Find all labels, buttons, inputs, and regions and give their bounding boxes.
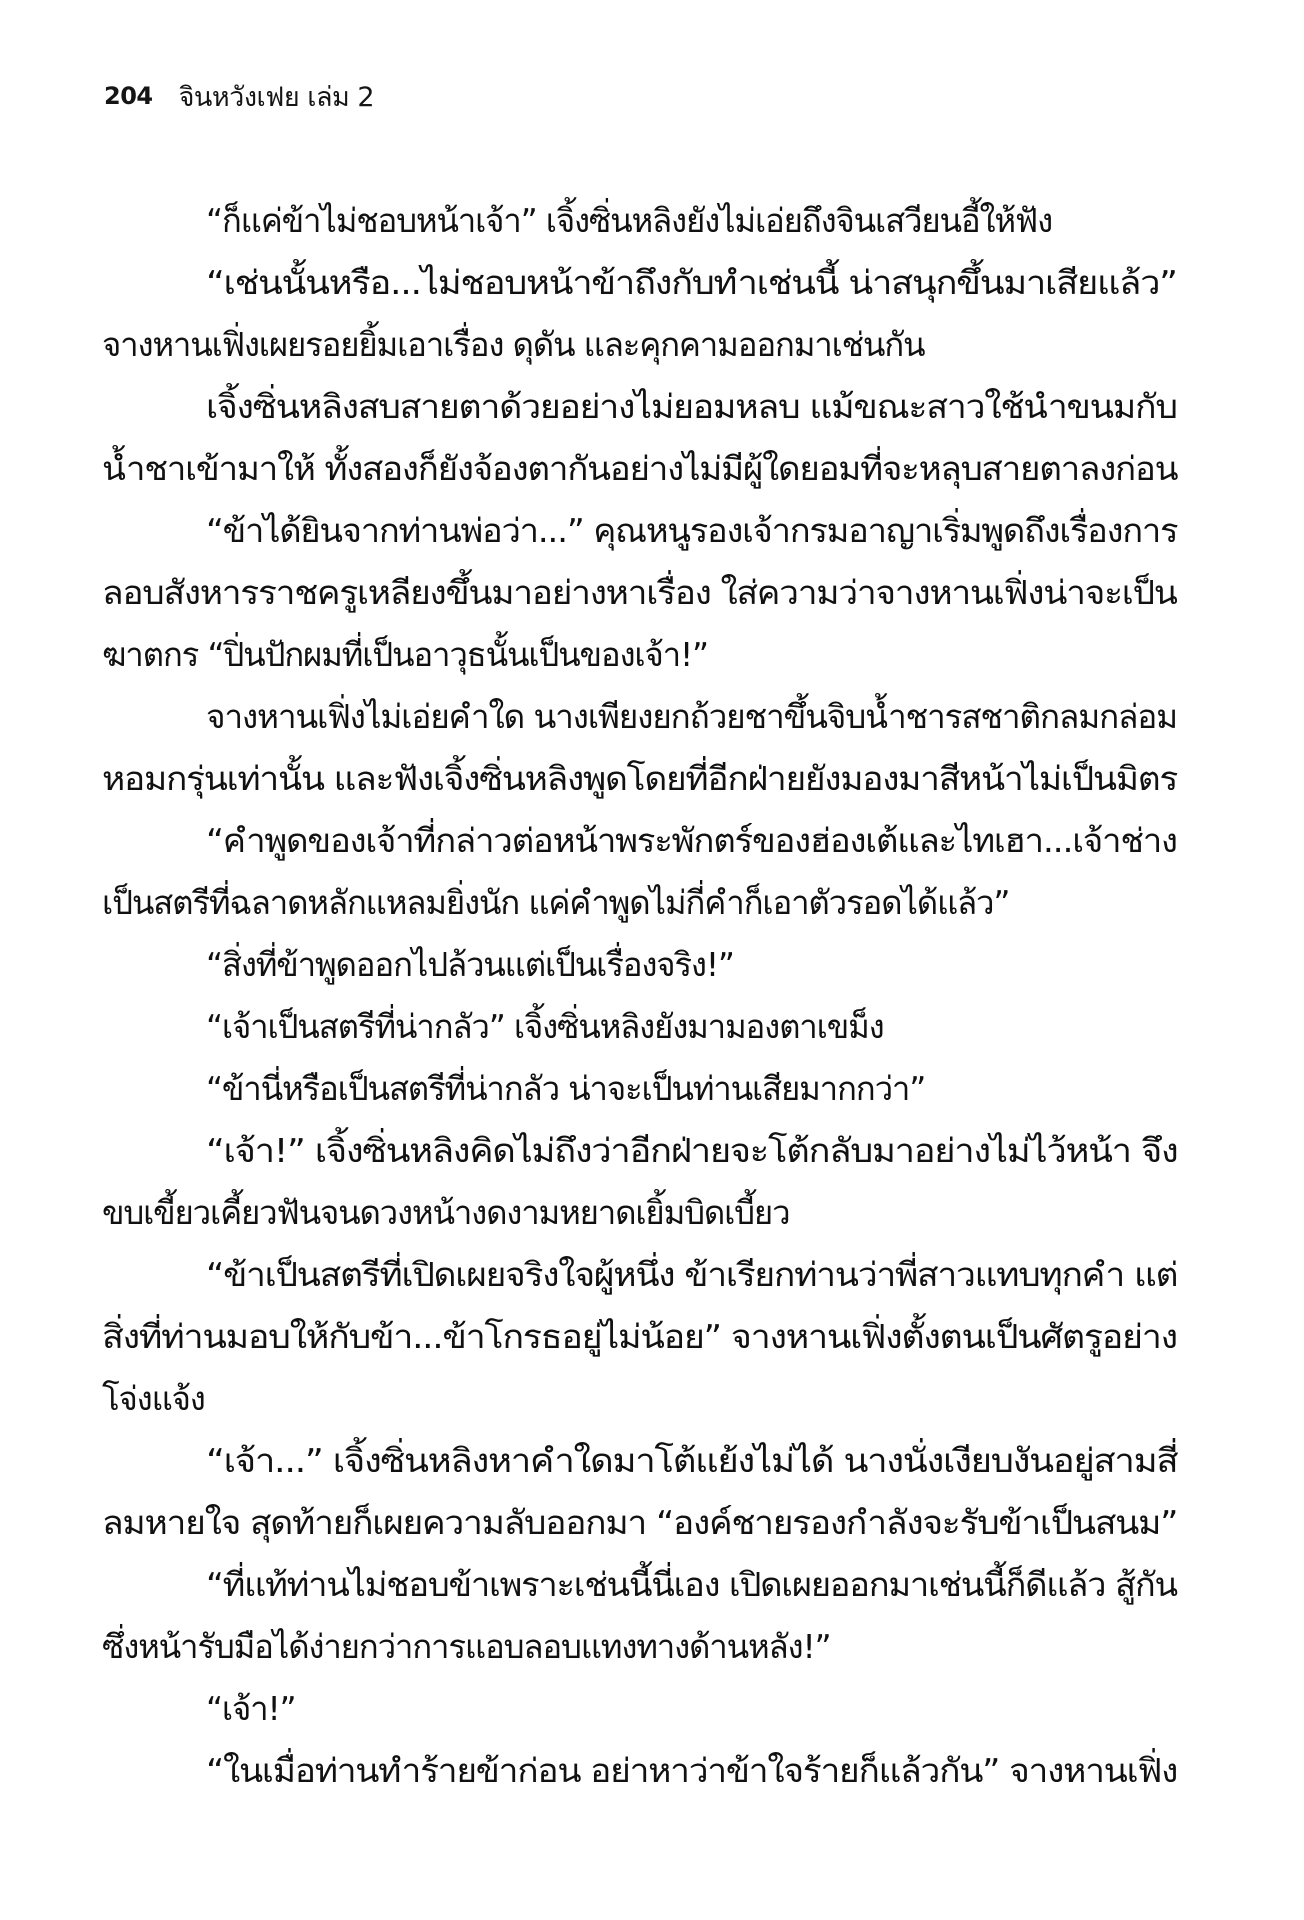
body-text: “ก็แค่ข้าไม่ชอบหน้าเจ้า” เจิ้งซิ่นหลิงยั…: [102, 190, 1177, 1802]
text-line: “ข้าได้ยินจากท่านพ่อว่า...” คุณหนูรองเจ้…: [102, 500, 1177, 562]
text-line: “ในเมื่อท่านทำร้ายข้าก่อน อย่าหาว่าข้าใจ…: [102, 1740, 1177, 1802]
text-line: “สิ่งที่ข้าพูดออกไปล้วนแต่เป็นเรื่องจริง…: [102, 934, 1177, 996]
text-line: น้ำชาเข้ามาให้ ทั้งสองก็ยังจ้องตากันอย่า…: [102, 438, 1177, 500]
text-line: “เจ้า!” เจิ้งซิ่นหลิงคิดไม่ถึงว่าอีกฝ่าย…: [102, 1120, 1177, 1182]
book-title: จินหวังเฟย เล่ม 2: [179, 75, 375, 118]
text-line: “ที่แท้ท่านไม่ชอบข้าเพราะเช่นนี้นี่เอง เ…: [102, 1554, 1177, 1616]
text-line: “ข้าเป็นสตรีที่เปิดเผยจริงใจผู้หนึ่ง ข้า…: [102, 1244, 1177, 1306]
text-line: “ข้านี่หรือเป็นสตรีที่น่ากลัว น่าจะเป็นท…: [102, 1058, 1177, 1120]
text-line: ฆาตกร “ปิ่นปักผมที่เป็นอาวุธนั้นเป็นของเ…: [102, 624, 1177, 686]
text-line: “คำพูดของเจ้าที่กล่าวต่อหน้าพระพักตร์ของ…: [102, 810, 1177, 872]
book-page: 204 จินหวังเฟย เล่ม 2 “ก็แค่ข้าไม่ชอบหน้…: [0, 0, 1304, 1920]
text-line: ลอบสังหารราชครูเหลียงขึ้นมาอย่างหาเรื่อง…: [102, 562, 1177, 624]
text-line: “เช่นนั้นหรือ...ไม่ชอบหน้าข้าถึงกับทำเช่…: [102, 252, 1177, 314]
text-line: เป็นสตรีที่ฉลาดหลักแหลมยิ่งนัก แค่คำพูดไ…: [102, 872, 1177, 934]
text-line: “เจ้า...” เจิ้งซิ่นหลิงหาคำใดมาโต้แย้งไม…: [102, 1430, 1177, 1492]
text-line: จางหานเฟิ่งไม่เอ่ยคำใด นางเพียงยกถ้วยชาข…: [102, 686, 1177, 748]
text-line: “เจ้า!”: [102, 1678, 1177, 1740]
text-line: “เจ้าเป็นสตรีที่น่ากลัว” เจิ้งซิ่นหลิงยั…: [102, 996, 1177, 1058]
text-line: โจ่งแจ้ง: [102, 1368, 1177, 1430]
text-line: สิ่งที่ท่านมอบให้กับข้า...ข้าโกรธอยู่ไม่…: [102, 1306, 1177, 1368]
text-line: จางหานเฟิ่งเผยรอยยิ้มเอาเรื่อง ดุดัน และ…: [102, 314, 1177, 376]
running-header: 204 จินหวังเฟย เล่ม 2: [104, 76, 374, 116]
text-line: หอมกรุ่นเท่านั้น และฟังเจิ้งซิ่นหลิงพูดโ…: [102, 748, 1177, 810]
text-line: ซึ่งหน้ารับมือได้ง่ายกว่าการแอบลอบแทงทาง…: [102, 1616, 1177, 1678]
text-line: เจิ้งซิ่นหลิงสบสายตาด้วยอย่างไม่ยอมหลบ แ…: [102, 376, 1177, 438]
page-number: 204: [104, 82, 153, 110]
text-line: “ก็แค่ข้าไม่ชอบหน้าเจ้า” เจิ้งซิ่นหลิงยั…: [102, 190, 1177, 252]
text-line: ขบเขี้ยวเคี้ยวฟันจนดวงหน้างดงามหยาดเยิ้ม…: [102, 1182, 1177, 1244]
text-line: ลมหายใจ สุดท้ายก็เผยความลับออกมา “องค์ชา…: [102, 1492, 1177, 1554]
